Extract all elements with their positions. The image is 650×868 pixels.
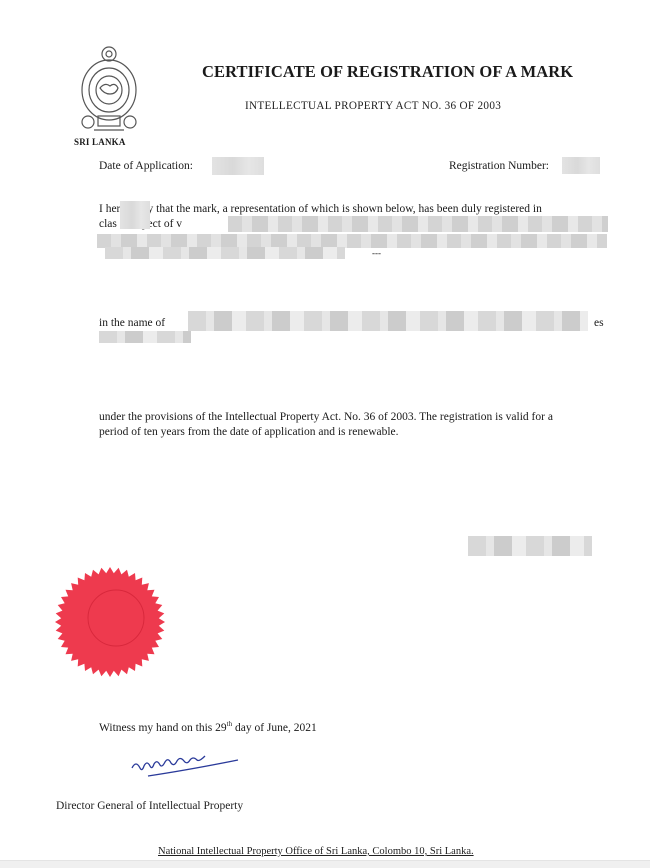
name-suffix: es [594, 316, 604, 331]
witness-statement: Witness my hand on this 29th day of June… [99, 720, 317, 734]
redacted-reference [468, 536, 592, 556]
sri-lanka-coat-of-arms-icon [76, 44, 142, 136]
registration-number-label: Registration Number: [449, 160, 549, 172]
goods-description-redacted-2 [97, 234, 607, 248]
emblem-label: SRI LANKA [74, 137, 126, 147]
certificate-title: CERTIFICATE OF REGISTRATION OF A MARK [202, 62, 573, 82]
goods-description-redacted-3 [105, 247, 345, 259]
certify-line-1: I here ertify that the mark, a represent… [99, 202, 619, 217]
provisions-line-1: under the provisions of the Intellectual… [99, 410, 619, 425]
provisions-line-2: period of ten years from the date of app… [99, 425, 399, 440]
act-subtitle: INTELLECTUAL PROPERTY ACT NO. 36 OF 2003 [245, 100, 501, 112]
goods-description-redacted-1 [228, 216, 608, 232]
registration-number-value-redacted [562, 157, 600, 174]
registrant-name-redacted-1 [188, 311, 588, 331]
page-bottom-edge [0, 860, 650, 868]
signatory-title: Director General of Intellectual Propert… [56, 800, 243, 812]
date-of-application-value-redacted [212, 157, 264, 175]
date-of-application-label: Date of Application: [99, 160, 193, 172]
handwritten-signature-icon [128, 752, 248, 782]
red-seal-icon [54, 566, 166, 678]
name-prefix: in the name of [99, 316, 165, 331]
office-address: National Intellectual Property Office of… [158, 846, 474, 857]
registrant-name-redacted-2 [99, 331, 191, 343]
certify-tail: --- [372, 246, 381, 261]
certify-redaction-small [120, 201, 150, 229]
